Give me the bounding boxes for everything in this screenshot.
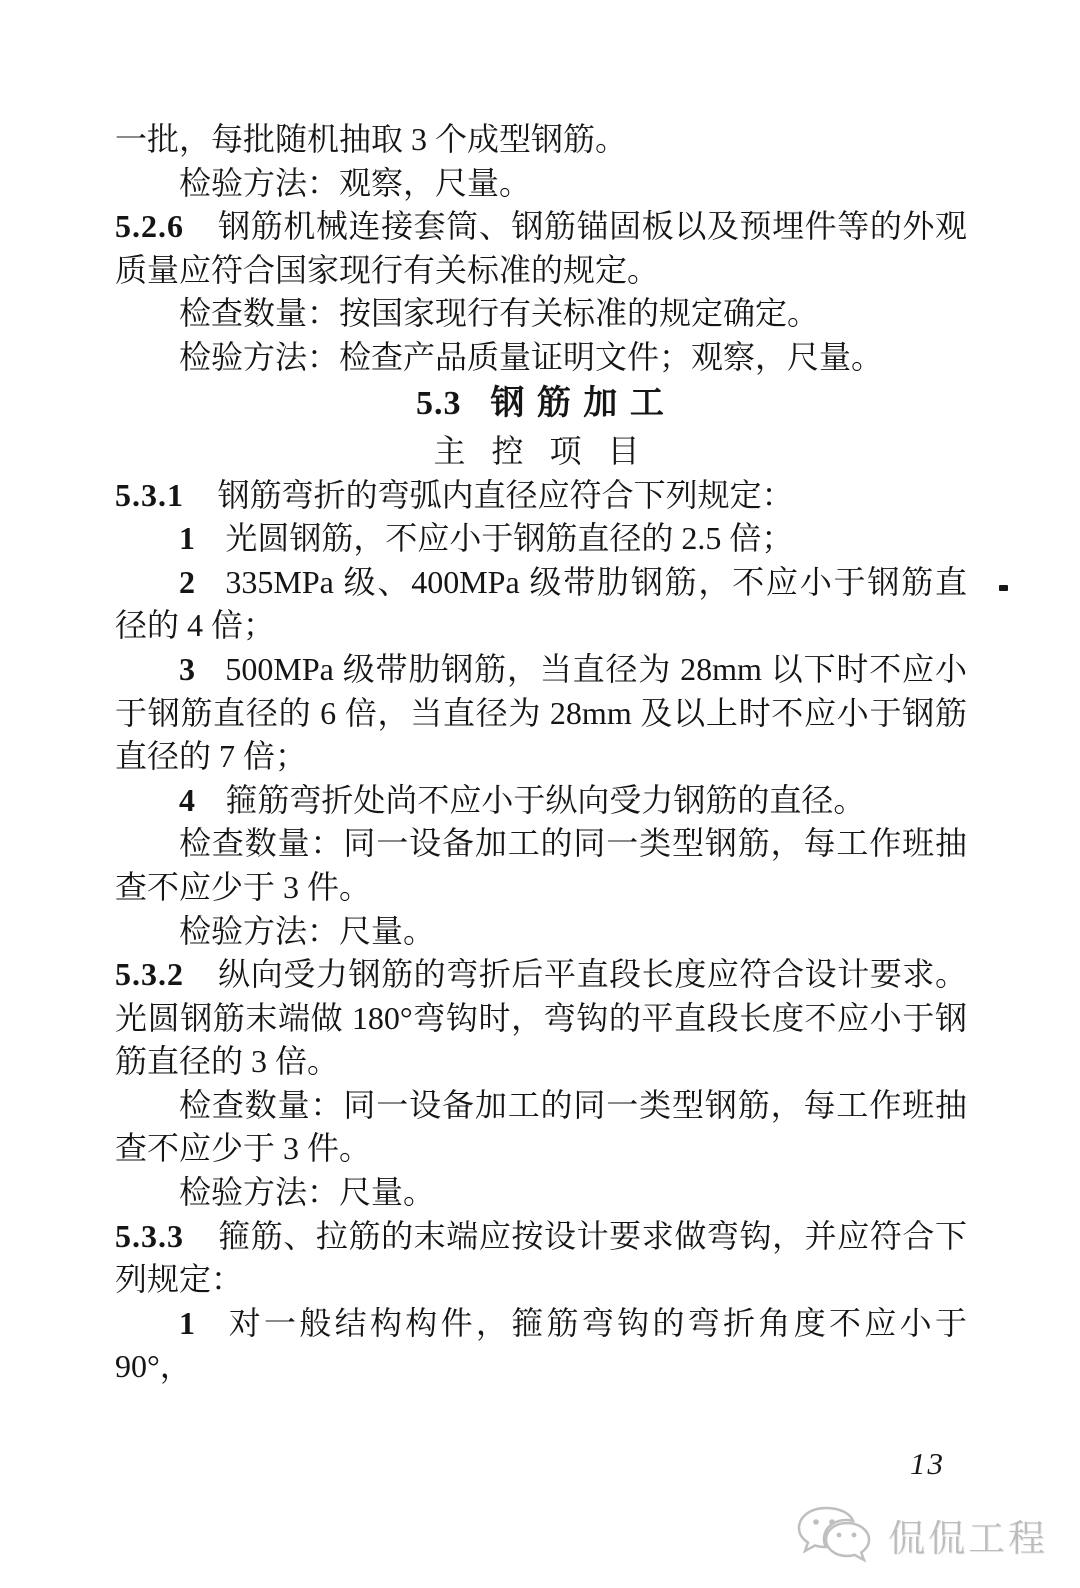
clause-number: 5.3.2	[115, 956, 184, 992]
inspection-method-line: 检验方法：尺量。	[115, 1171, 967, 1215]
clause-5-3-2: 5.3.2纵向受力钢筋的弯折后平直段长度应符合设计要求。光圆钢筋末端做 180°…	[115, 953, 967, 1084]
document-body: 一批，每批随机抽取 3 个成型钢筋。 检验方法：观察，尺量。 5.2.6钢筋机械…	[115, 118, 967, 1389]
item-number: 3	[179, 651, 195, 687]
item-number: 1	[179, 520, 195, 556]
inspection-quantity-line: 检查数量：同一设备加工的同一类型钢筋，每工作班抽查不应少于 3 件。	[115, 1084, 967, 1171]
clause-number: 5.3.1	[115, 477, 184, 513]
list-item-1: 1光圆钢筋，不应小于钢筋直径的 2.5 倍；	[115, 517, 967, 561]
inspection-method-line: 检验方法：观察，尺量。	[115, 162, 967, 206]
page-number: 13	[910, 1446, 945, 1482]
item-text: 光圆钢筋，不应小于钢筋直径的 2.5 倍；	[225, 520, 793, 556]
wechat-logo-icon	[796, 1504, 880, 1566]
inspection-method-line: 检验方法：检查产品质量证明文件；观察，尺量。	[115, 336, 967, 380]
paragraph-continuation: 一批，每批随机抽取 3 个成型钢筋。	[115, 118, 967, 162]
list-item-4: 4箍筋弯折处尚不应小于纵向受力钢筋的直径。	[115, 779, 967, 823]
clause-5-2-6: 5.2.6钢筋机械连接套筒、钢筋锚固板以及预埋件等的外观质量应符合国家现行有关标…	[115, 205, 967, 292]
scan-ink-speck	[999, 585, 1008, 591]
item-text: 箍筋弯折处尚不应小于纵向受力钢筋的直径。	[225, 782, 865, 818]
item-number: 2	[179, 564, 195, 600]
item-number: 1	[179, 1305, 195, 1341]
inspection-method-line: 检验方法：尺量。	[115, 910, 967, 954]
inspection-quantity-line: 检查数量：按国家现行有关标准的规定确定。	[115, 292, 967, 336]
clause-number: 5.3.3	[115, 1218, 184, 1254]
list-item-3: 3500MPa 级带肋钢筋，当直径为 28mm 以下时不应小于钢筋直径的 6 倍…	[115, 648, 967, 779]
clause-text: 钢筋弯折的弯弧内直径应符合下列规定：	[218, 477, 794, 513]
section-heading: 5.3钢 筋 加 工	[115, 380, 967, 428]
clause-text: 纵向受力钢筋的弯折后平直段长度应符合设计要求。光圆钢筋末端做 180°弯钩时，弯…	[115, 956, 967, 1079]
inspection-quantity-line: 检查数量：同一设备加工的同一类型钢筋，每工作班抽查不应少于 3 件。	[115, 822, 967, 909]
list-item-1: 1对一般结构构件，箍筋弯钩的弯折角度不应小于 90°，	[115, 1302, 967, 1389]
clause-text: 箍筋、拉筋的末端应按设计要求做弯钩，并应符合下列规定：	[115, 1218, 967, 1298]
item-text: 500MPa 级带肋钢筋，当直径为 28mm 以下时不应小于钢筋直径的 6 倍，…	[115, 651, 967, 774]
watermark-text: 侃侃工程	[888, 1508, 1048, 1562]
item-text: 335MPa 级、400MPa 级带肋钢筋，不应小于钢筋直径的 4 倍；	[115, 564, 967, 644]
clause-5-3-1: 5.3.1钢筋弯折的弯弧内直径应符合下列规定：	[115, 474, 967, 518]
clause-number: 5.2.6	[115, 208, 184, 244]
section-title: 钢 筋 加 工	[490, 385, 666, 422]
section-number: 5.3	[416, 385, 462, 422]
clause-5-3-3: 5.3.3箍筋、拉筋的末端应按设计要求做弯钩，并应符合下列规定：	[115, 1215, 967, 1302]
watermark: 侃侃工程	[796, 1504, 1048, 1566]
item-number: 4	[179, 782, 195, 818]
item-text: 对一般结构构件，箍筋弯钩的弯折角度不应小于 90°，	[115, 1305, 967, 1385]
clause-text: 钢筋机械连接套筒、钢筋锚固板以及预埋件等的外观质量应符合国家现行有关标准的规定。	[115, 208, 967, 288]
subsection-heading: 主 控 项 目	[115, 428, 967, 474]
list-item-2: 2335MPa 级、400MPa 级带肋钢筋，不应小于钢筋直径的 4 倍；	[115, 561, 967, 648]
